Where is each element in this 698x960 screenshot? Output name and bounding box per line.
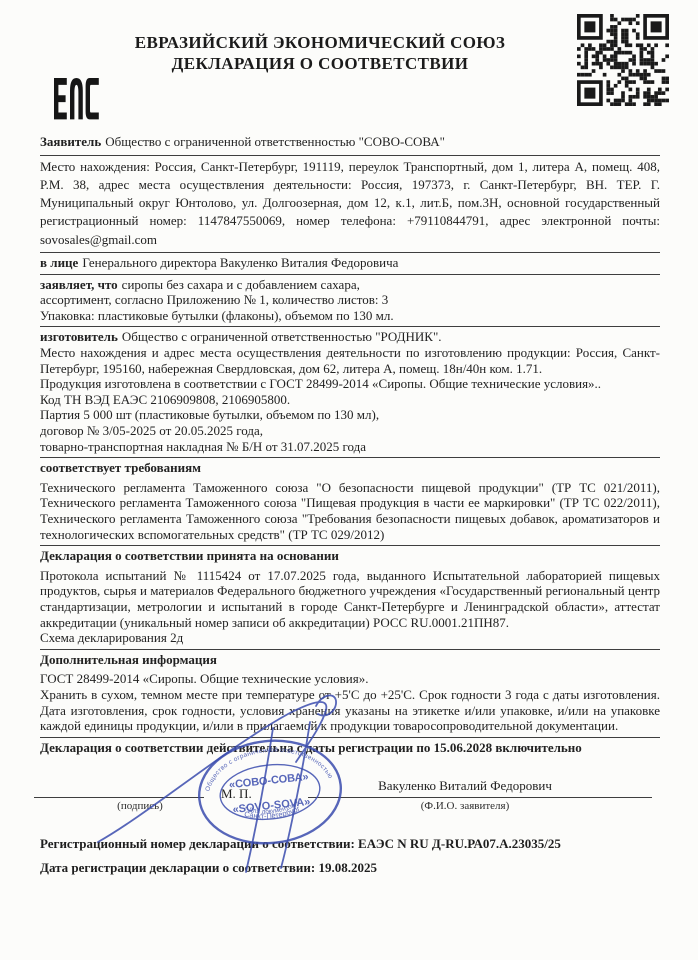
company-stamp: Общество с ограниченной ответственностью… xyxy=(189,729,352,854)
declares-line-3: Упаковка: пластиковые бутылки (флаконы),… xyxy=(40,308,660,324)
manufacturer-line-1: изготовительОбщество с ограниченной отве… xyxy=(40,329,660,345)
declaration-scheme: Схема декларирования 2д xyxy=(40,630,660,646)
manufacturer-label: изготовитель xyxy=(40,329,118,344)
person-value: Генерального директора Вакуленко Виталия… xyxy=(82,255,398,270)
additional-gost: ГОСТ 28499-2014 «Сиропы. Общие техническ… xyxy=(40,671,660,687)
requirements-text: Технического регламента Таможенного союз… xyxy=(40,480,660,542)
manufacturer-waybill: товарно-транспортная накладная № Б/Н от … xyxy=(40,439,660,455)
basis-text: Протокола испытаний № 1115424 от 17.07.2… xyxy=(40,568,660,630)
title-line-union: ЕВРАЗИЙСКИЙ ЭКОНОМИЧЕСКИЙ СОЮЗ xyxy=(60,32,580,53)
basis-heading: Декларация о соответствии принята на осн… xyxy=(40,548,660,564)
additional-info-heading: Дополнительная информация xyxy=(40,652,660,668)
declares-section: заявляет, чтосиропы без сахара и с добав… xyxy=(40,275,660,328)
manufacturer-gost: Продукция изготовлена в соответствии с Г… xyxy=(40,376,660,392)
declaration-document: ЕВРАЗИЙСКИЙ ЭКОНОМИЧЕСКИЙ СОЮЗ ДЕКЛАРАЦИ… xyxy=(0,0,698,960)
applicant-value: Общество с ограниченной ответственностью… xyxy=(105,134,445,149)
requirements-heading: соответствует требованиям xyxy=(40,460,660,476)
person-label: в лице xyxy=(40,255,78,270)
applicant-address-section: Место нахождения: Россия, Санкт-Петербур… xyxy=(40,156,660,253)
applicant-section: ЗаявительОбщество с ограниченной ответст… xyxy=(40,131,660,156)
declares-line-1: заявляет, чтосиропы без сахара и с добав… xyxy=(40,277,660,293)
qr-code-icon xyxy=(575,14,671,106)
applicant-address-text: Место нахождения: Россия, Санкт-Петербур… xyxy=(40,159,660,247)
manufacturer-contract: договор № 3/05-2025 от 20.05.2025 года, xyxy=(40,423,660,439)
declares-label: заявляет, что xyxy=(40,277,118,292)
person-section: в лицеГенерального директора Вакуленко В… xyxy=(40,253,660,275)
title-line-declaration: ДЕКЛАРАЦИЯ О СООТВЕТСТВИИ xyxy=(60,53,580,74)
stamp-center-ru: «СОВО-СОВА» xyxy=(228,771,309,791)
declares-line-2: ассортимент, согласно Приложению № 1, ко… xyxy=(40,292,660,308)
manufacturer-batch: Партия 5 000 шт (пластиковые бутылки, об… xyxy=(40,407,660,423)
document-title: ЕВРАЗИЙСКИЙ ЭКОНОМИЧЕСКИЙ СОЮЗ ДЕКЛАРАЦИ… xyxy=(60,32,580,74)
eac-mark-icon xyxy=(54,78,102,124)
manufacturer-address: Место нахождения и адрес места осуществл… xyxy=(40,345,660,376)
requirements-section: соответствует требованиям Технического р… xyxy=(40,458,660,546)
applicant-label: Заявитель xyxy=(40,134,101,149)
basis-section: Декларация о соответствии принята на осн… xyxy=(40,546,660,650)
manufacturer-section: изготовительОбщество с ограниченной отве… xyxy=(40,327,660,458)
manufacturer-tnved-code: Код ТН ВЭД ЕАЭС 2106909808, 2106905800. xyxy=(40,392,660,408)
